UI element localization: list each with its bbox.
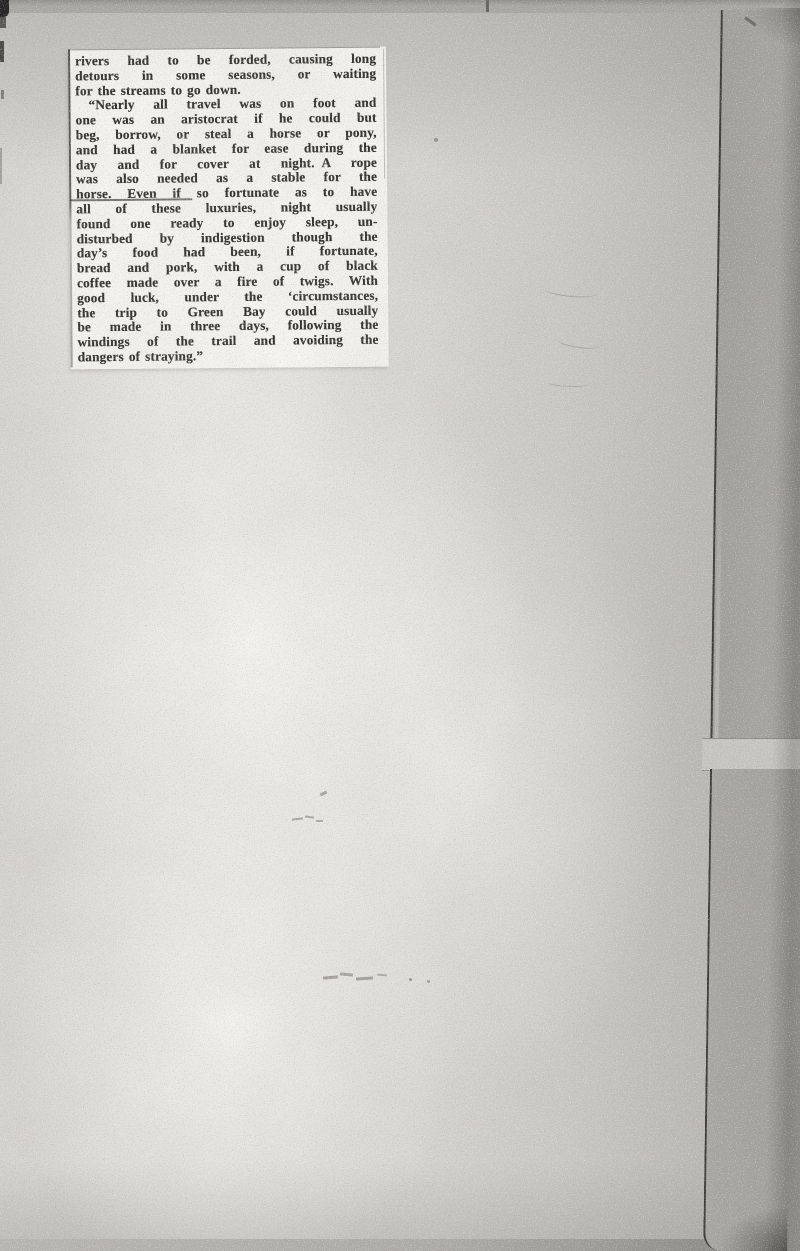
left-edge-mark — [0, 17, 6, 28]
top-right-corner-shade — [744, 8, 800, 48]
scanned-page: rivers had to be forded, causing longdet… — [0, 0, 800, 1251]
scribble-mark — [320, 791, 328, 797]
left-edge-mark — [0, 41, 4, 62]
clipping-right-edge — [383, 49, 385, 179]
right-edge-shade — [703, 0, 800, 1251]
ink-speck — [434, 138, 438, 142]
scribble-mark — [305, 815, 314, 818]
top-edge-tick-mark — [486, 0, 489, 12]
scribble-mark — [340, 972, 353, 976]
newspaper-clipping: rivers had to be forded, causing longdet… — [68, 47, 389, 370]
clipping-text: rivers had to be forded, causing longdet… — [75, 52, 379, 365]
scribble-mark — [356, 977, 373, 981]
top-edge-band — [0, 0, 800, 13]
scratch-mark — [545, 283, 598, 300]
bottom-edge-band — [0, 1239, 800, 1251]
clipping-line: windings of the trail and avoiding the — [78, 333, 379, 350]
ink-speck — [409, 978, 412, 981]
top-left-corner-mark — [0, 0, 9, 17]
clipping-line: dangers of straying.” — [78, 348, 379, 365]
bottom-right-corner-shade — [717, 1206, 788, 1251]
ink-speck — [427, 980, 430, 983]
left-edge-mark — [1, 90, 4, 99]
clipping-left-edge — [68, 49, 73, 367]
scribble-mark — [316, 820, 323, 822]
scribble-mark — [377, 974, 387, 977]
right-page-edge-band — [703, 0, 800, 1251]
scratch-mark — [557, 334, 600, 351]
clipping-top-edge — [68, 47, 380, 51]
scratch-mark — [547, 376, 592, 388]
scribble-mark — [292, 817, 303, 820]
left-edge-mark — [0, 148, 2, 184]
scribble-mark — [323, 975, 338, 979]
